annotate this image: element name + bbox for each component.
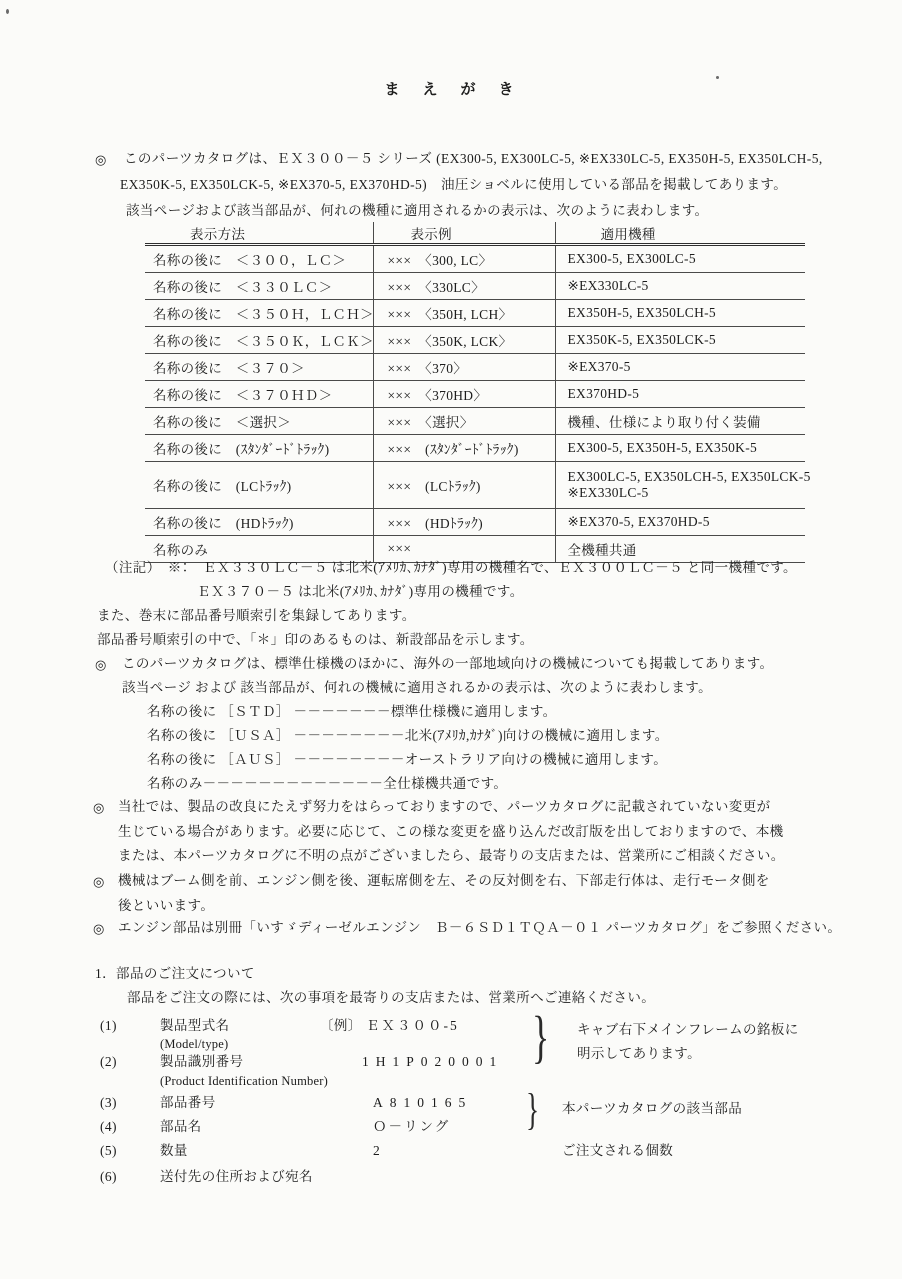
example-cell: ××× 〈350K, LCK〉 <box>373 327 555 354</box>
models-cell: ※EX370-5, EX370HD-5 <box>555 509 805 536</box>
order-item-no: (6) <box>100 1169 117 1185</box>
table-row: 名称の後に ＜３５０Ｈ，ＬＣＨ＞ ××× 〈350H, LCH〉 EX350H-… <box>145 300 805 327</box>
brace-catalog-part-icon: } <box>526 1088 539 1132</box>
header-models: 適用機種 <box>555 222 805 245</box>
example-cell: ××× (ｽﾀﾝﾀﾞｰﾄﾞﾄﾗｯｸ) <box>373 435 555 462</box>
method-cell: 名称の後に ＜選択＞ <box>145 408 373 435</box>
method-cell: 名称のみ <box>145 536 373 563</box>
order-item-value: Ｏ－リング <box>373 1119 450 1135</box>
page-title: ま え が き <box>0 82 902 98</box>
note-line-2: ＥＸ３７０－５ は北米(ｱﾒﾘｶ､ｶﾅﾀﾞ)専用の機種です。 <box>197 584 524 600</box>
header-example: 表示例 <box>373 222 555 245</box>
header-method: 表示方法 <box>145 222 373 245</box>
method-cell: 名称の後に ＜３３０ＬＣ＞ <box>145 273 373 300</box>
overseas-item-std: 名称の後に ［ＳＴＤ］ －－－－－－－標準仕様機に適用します。 <box>147 704 557 720</box>
method-cell: 名称の後に (LCﾄﾗｯｸ) <box>145 462 373 509</box>
table-row: 名称の後に (ｽﾀﾝﾀﾞｰﾄﾞﾄﾗｯｸ) ××× (ｽﾀﾝﾀﾞｰﾄﾞﾄﾗｯｸ) … <box>145 435 805 462</box>
overseas-bullet-icon: ◎ <box>95 657 107 673</box>
note-line-1: （注記） ※： ＥＸ３３０ＬＣ－５ は北米(ｱﾒﾘｶ､ｶﾅﾀﾞ)専用の機種名で、… <box>105 560 797 576</box>
method-cell: 名称の後に ＜３７０ＨＤ＞ <box>145 381 373 408</box>
intro-line-3: 該当ページおよび該当部品が、何れの機種に適用されるかの表示は、次のように表わしま… <box>126 203 708 219</box>
order-item-label: 部品番号 <box>160 1095 216 1111</box>
annotation-nameplate-1: キャブ右下メインフレームの銘板に <box>577 1022 799 1038</box>
order-item-sublabel: (Product Identification Number) <box>160 1073 328 1089</box>
annotation-nameplate-2: 明示してあります。 <box>577 1046 701 1062</box>
method-cell: 名称の後に ＜３００，ＬＣ＞ <box>145 245 373 273</box>
notice-bullet-icon: ◎ <box>93 800 105 816</box>
notice-bullet-icon: ◎ <box>93 921 105 937</box>
model-applicability-table: 表示方法 表示例 適用機種 名称の後に ＜３００，ＬＣ＞ ××× 〈300, L… <box>145 222 805 563</box>
method-cell: 名称の後に ＜３５０Ｋ，ＬＣＫ＞ <box>145 327 373 354</box>
table-row: 名称の後に ＜３７０ＨＤ＞ ××× 〈370HD〉 EX370HD-5 <box>145 381 805 408</box>
example-cell: ××× 〈350H, LCH〉 <box>373 300 555 327</box>
order-example-prefix: 〔例〕 <box>320 1018 362 1034</box>
table-header-row: 表示方法 表示例 適用機種 <box>145 222 805 245</box>
table-row: 名称の後に (LCﾄﾗｯｸ) ××× (LCﾄﾗｯｸ) EX300LC-5, E… <box>145 462 805 509</box>
overseas-item-usa: 名称の後に ［ＵＳＡ］ －－－－－－－－北米(ｱﾒﾘｶ,ｶﾅﾀﾞ)向けの機械に適… <box>147 728 669 744</box>
order-item-label: 数量 <box>160 1143 188 1159</box>
notice1-line-2: 生じている場合があります。必要に応じて、この様な変更を盛り込んだ改訂版を出してお… <box>118 824 784 840</box>
order-item-sublabel: (Model/type) <box>160 1036 228 1052</box>
note-line-3: また、巻末に部品番号順索引を集録してあります。 <box>97 608 416 624</box>
intro-line-1: このパーツカタログは、ＥＸ３００－５ シリーズ (EX300-5, EX300L… <box>124 151 823 167</box>
table-row: 名称の後に ＜３００，ＬＣ＞ ××× 〈300, LC〉 EX300-5, EX… <box>145 245 805 273</box>
example-cell: ××× 〈選択〉 <box>373 408 555 435</box>
notice1-line-3: または、本パーツカタログに不明の点がございましたら、最寄りの支店または、営業所に… <box>118 848 785 864</box>
notice2-line-2: 後といいます。 <box>118 898 214 914</box>
note-line-4: 部品番号順索引の中で、「＊」印のあるものは、新設部品を示します。 <box>97 632 534 648</box>
example-cell: ××× (LCﾄﾗｯｸ) <box>373 462 555 509</box>
order-item-no: (3) <box>100 1095 117 1111</box>
example-cell: ××× 〈300, LC〉 <box>373 245 555 273</box>
example-cell: ××× <box>373 536 555 563</box>
models-cell: EX350H-5, EX350LCH-5 <box>555 300 805 327</box>
models-line-2: ※EX330LC-5 <box>568 485 806 501</box>
method-cell: 名称の後に ＜３５０Ｈ，ＬＣＨ＞ <box>145 300 373 327</box>
document-page: ま え が き ◎ このパーツカタログは、ＥＸ３００－５ シリーズ (EX300… <box>0 0 902 1279</box>
models-cell: EX370HD-5 <box>555 381 805 408</box>
order-item-no: (2) <box>100 1054 117 1070</box>
overseas-item-aus: 名称の後に ［ＡＵＳ］ －－－－－－－－オーストラリア向けの機械に適用します。 <box>147 752 667 768</box>
models-cell: EX350K-5, EX350LCK-5 <box>555 327 805 354</box>
example-cell: ××× 〈330LC〉 <box>373 273 555 300</box>
brace-nameplate-icon: } <box>532 1008 549 1066</box>
order-item-value: A810165 <box>373 1095 472 1111</box>
order-item-no: (1) <box>100 1018 117 1034</box>
order-heading: 1．部品のご注文について <box>95 966 255 982</box>
order-item-value: 2 <box>373 1143 380 1159</box>
order-lead: 部品をご注文の際には、次の事項を最寄りの支店または、営業所へご連絡ください。 <box>127 990 655 1006</box>
method-cell: 名称の後に (ｽﾀﾝﾀﾞｰﾄﾞﾄﾗｯｸ) <box>145 435 373 462</box>
models-cell: EX300-5, EX350H-5, EX350K-5 <box>555 435 805 462</box>
method-cell: 名称の後に ＜３７０＞ <box>145 354 373 381</box>
notice1-line-1: 当社では、製品の改良にたえず努力をはらっておりますので、パーツカタログに記載され… <box>118 799 771 815</box>
models-cell: EX300LC-5, EX350LCH-5, EX350LCK-5 ※EX330… <box>555 462 805 509</box>
models-cell: 機種、仕様により取り付く装備 <box>555 408 805 435</box>
intro-line-2: EX350K-5, EX350LCK-5, ※EX370-5, EX370HD-… <box>120 177 787 193</box>
notice3-line-1: エンジン部品は別冊「いすゞディーゼルエンジン Ｂ－６ＳＤ１ＴＱＡ－０１ パーツカ… <box>118 920 841 936</box>
method-cell: 名称の後に (HDﾄﾗｯｸ) <box>145 509 373 536</box>
models-cell: 全機種共通 <box>555 536 805 563</box>
overseas-item-name-only: 名称のみ－－－－－－－－－－－－－全仕様機共通です。 <box>147 776 507 792</box>
models-line-1: EX300LC-5, EX350LCH-5, EX350LCK-5 <box>568 469 806 485</box>
annotation-catalog-part: 本パーツカタログの該当部品 <box>562 1101 742 1117</box>
table-row: 名称の後に ＜３５０Ｋ，ＬＣＫ＞ ××× 〈350K, LCK〉 EX350K-… <box>145 327 805 354</box>
order-item-value: 1H1P020001 <box>362 1054 503 1070</box>
table-row: 名称の後に ＜３３０ＬＣ＞ ××× 〈330LC〉 ※EX330LC-5 <box>145 273 805 300</box>
intro-bullet-icon: ◎ <box>95 152 107 168</box>
order-item-label: 部品名 <box>160 1119 202 1135</box>
example-cell: ××× 〈370HD〉 <box>373 381 555 408</box>
notice-bullet-icon: ◎ <box>93 874 105 890</box>
scan-speck <box>6 9 9 14</box>
table-row: 名称の後に (HDﾄﾗｯｸ) ××× (HDﾄﾗｯｸ) ※EX370-5, EX… <box>145 509 805 536</box>
order-item-label: 送付先の住所および宛名 <box>160 1169 313 1185</box>
order-item-label: 製品型式名 <box>160 1018 230 1034</box>
overseas-line-2: 該当ページ および 該当部品が、何れの機械に適用されるかの表示は、次のように表わ… <box>122 680 712 696</box>
models-cell: ※EX370-5 <box>555 354 805 381</box>
models-cell: EX300-5, EX300LC-5 <box>555 245 805 273</box>
example-cell: ××× 〈370〉 <box>373 354 555 381</box>
order-item-no: (5) <box>100 1143 117 1159</box>
annotation-quantity: ご注文される個数 <box>562 1143 673 1159</box>
order-item-value: ＥＸ３００-5 <box>366 1018 459 1034</box>
table-row: 名称の後に ＜選択＞ ××× 〈選択〉 機種、仕様により取り付く装備 <box>145 408 805 435</box>
overseas-line-1: このパーツカタログは、標準仕様機のほかに、海外の一部地域向けの機械についても掲載… <box>122 656 773 672</box>
models-cell: ※EX330LC-5 <box>555 273 805 300</box>
example-cell: ××× (HDﾄﾗｯｸ) <box>373 509 555 536</box>
notice2-line-1: 機械はブーム側を前、エンジン側を後、運転席側を左、その反対側を右、下部走行体は、… <box>118 873 770 889</box>
table-row: 名称の後に ＜３７０＞ ××× 〈370〉 ※EX370-5 <box>145 354 805 381</box>
order-item-label: 製品識別番号 <box>160 1054 243 1070</box>
scan-speck <box>716 76 719 79</box>
order-item-no: (4) <box>100 1119 117 1135</box>
table-row: 名称のみ ××× 全機種共通 <box>145 536 805 563</box>
